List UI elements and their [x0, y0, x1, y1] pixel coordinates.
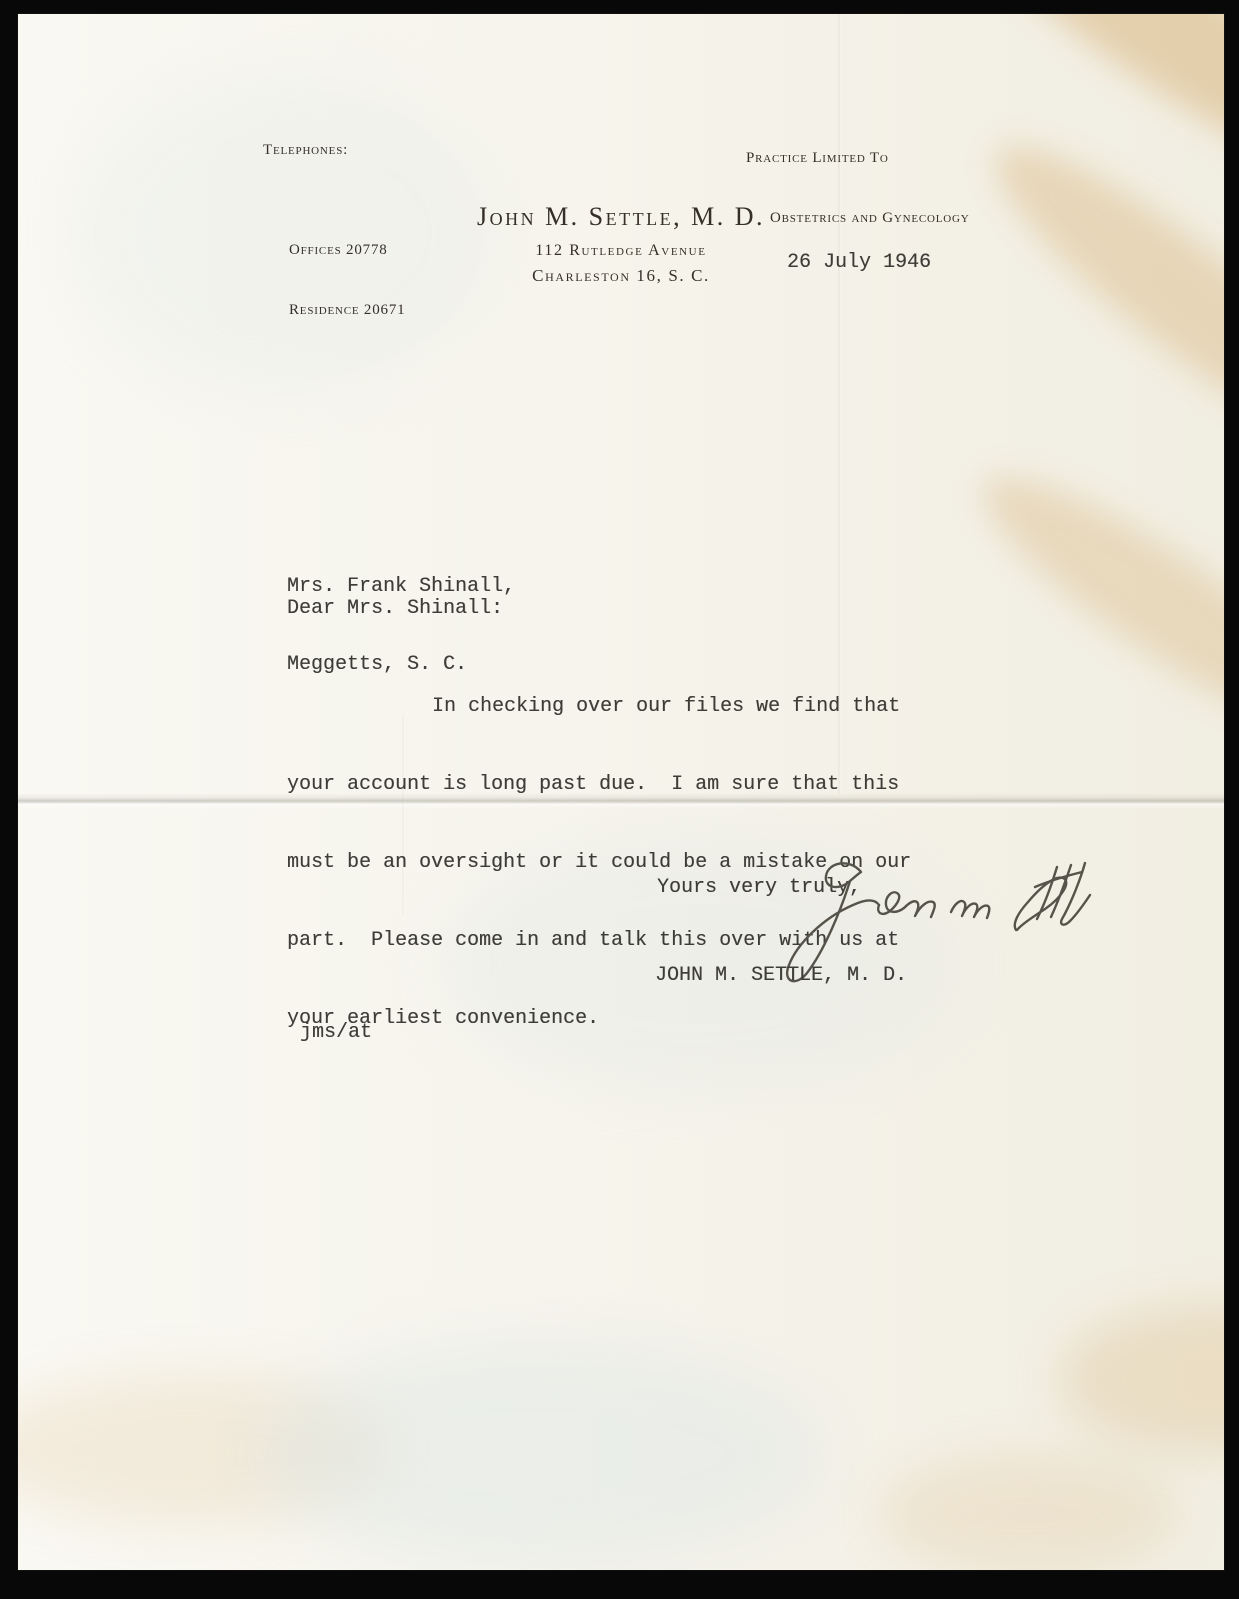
letter-page: Telephones: Offices 20778 Residence 2067… — [18, 14, 1224, 1570]
body-line: part. Please come in and talk this over … — [287, 928, 947, 954]
stain-right-middle — [957, 442, 1224, 765]
typed-signature-name: JOHN M. SETTLE, M. D. — [655, 963, 907, 989]
letterhead-city-state: Charleston 16, S. C. — [18, 266, 1224, 286]
body-line: your account is long past due. I am sure… — [287, 772, 947, 798]
salutation: Dear Mrs. Shinall: — [287, 596, 503, 622]
date-line: 26 July 1946 — [787, 250, 931, 276]
stain-bottom-right-2 — [878, 1454, 1178, 1570]
body-line: your earliest convenience. — [287, 1006, 947, 1032]
closing-line: Yours very truly, — [657, 875, 861, 901]
practice-line1: Practice Limited To — [746, 148, 970, 168]
scan-background: Telephones: Offices 20778 Residence 2067… — [0, 0, 1239, 1599]
residence-phone: Residence 20671 — [289, 300, 405, 320]
stain-bottom-left — [18, 1374, 398, 1524]
paper-tone-patch — [258, 1344, 818, 1564]
body-line: In checking over our files we find that — [287, 694, 947, 720]
stain-bottom-right-1 — [1058, 1304, 1224, 1454]
reference-initials: jms/at — [300, 1020, 372, 1046]
telephones-label: Telephones: — [263, 140, 405, 160]
letterhead-street-address: 112 Rutledge Avenue — [18, 242, 1224, 260]
letterhead-doctor-name: John M. Settle, M. D. — [18, 202, 1224, 232]
letter-body: In checking over our files we find that … — [287, 642, 947, 1084]
stain-right-upper — [965, 110, 1224, 482]
body-line: must be an oversight or it could be a mi… — [287, 850, 947, 876]
